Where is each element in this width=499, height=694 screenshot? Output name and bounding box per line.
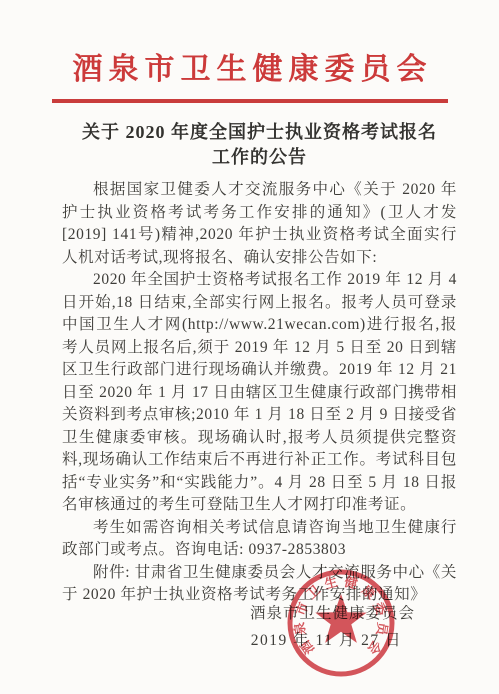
notice-title-line2: 工作的公告 <box>212 147 307 167</box>
paragraph-intro: 根据国家卫健委人才交流服务中心《关于 2020 年护士执业资格考试考务工作安排的… <box>62 179 457 269</box>
paragraph-contact: 考生如需咨询相关考试信息请咨询当地卫生健康行政部门或考点。咨询电话: 0937-… <box>62 517 457 562</box>
issue-date: 2019 年 11 月 27 日 <box>251 628 402 650</box>
agency-name: 酒泉市卫生健康委员会 <box>0 44 499 88</box>
scanned-notice-page: 酒泉市卫生健康委员会 关于 2020 年度全国护士执业资格考试报名 工作的公告 … <box>0 0 499 694</box>
issuer-signature: 酒泉市卫生健康委员会 <box>250 601 415 623</box>
paragraph-attachment: 附件: 甘肃省卫生健康委员会人才交流服务中心《关于 2020 年护士执业资格考试… <box>62 562 457 607</box>
notice-title-line1: 关于 2020 年度全国护士执业资格考试报名 <box>82 122 437 142</box>
paragraph-schedule: 2020 年全国护士资格考试报名工作 2019 年 12 月 4 日开始,18 … <box>62 269 457 517</box>
letterhead: 酒泉市卫生健康委员会 <box>0 0 499 103</box>
notice-title: 关于 2020 年度全国护士执业资格考试报名 工作的公告 <box>62 120 457 170</box>
notice-body: 关于 2020 年度全国护士执业资格考试报名 工作的公告 根据国家卫健委人才交流… <box>62 120 457 607</box>
letterhead-divider <box>52 99 448 103</box>
